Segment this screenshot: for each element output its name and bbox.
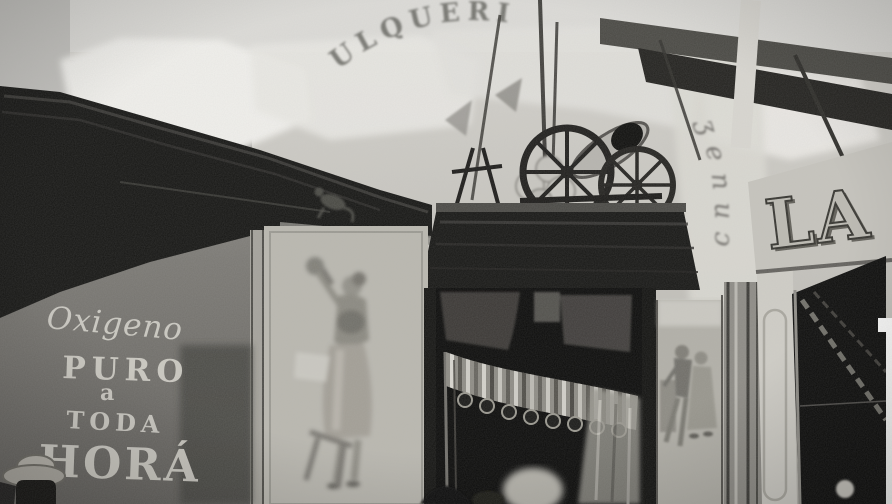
vignette-overlay — [0, 0, 892, 504]
pulqueria-photograph: ULQUERI ʒenuɔ — [0, 0, 892, 504]
photo-canvas: ULQUERI ʒenuɔ — [0, 0, 892, 504]
